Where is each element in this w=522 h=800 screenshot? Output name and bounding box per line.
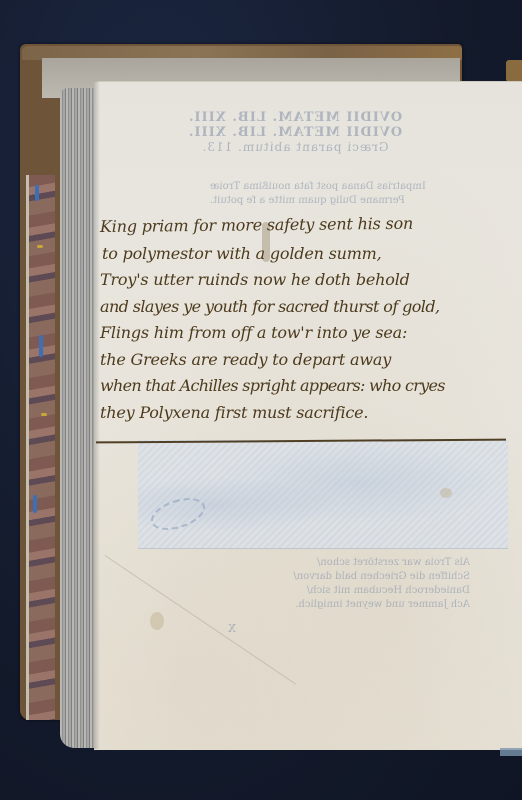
manuscript-line: Flings him from off a tow'r into ye sea: [100,320,515,347]
bleed-line: Schiffen die Griechen bald darvon/ [240,570,470,584]
marbled-endpaper-edge [26,175,55,720]
manuscript-line: they Polyxena first must sacrifice. [100,400,515,427]
foxing-stain [440,488,452,498]
bleed-line: Ach Jammer und weynet inniglich. [240,598,470,612]
ribbon-tail [500,748,522,756]
foxing-stain [150,612,164,630]
manuscript-line: the Greeks are ready to depart away [100,347,515,374]
bleed-line: Impatrias Danaa post fata nouißima Troiæ [210,180,470,194]
bleed-line: Permane Dulig quam mitte a fe potuit. [210,194,470,208]
manuscript-line: King priam for more safety sent his son [100,210,515,241]
manuscript-annotation: King priam for more safety sent his son … [100,214,515,426]
bleed-through-header: OVIDII METAM. LIB. XIII. OVIDII METAM. L… [130,110,460,155]
ribbon-marker [506,60,522,82]
marble-speck [41,413,47,416]
bleed-line: Daniederoch Hecubam mit sich/ [240,584,470,598]
manuscript-line: when that Achilles spright appears: who … [100,373,515,400]
marble-vein [33,495,37,513]
marble-vein [35,185,39,201]
marble-vein [39,335,43,357]
manuscript-line: and slayes ye youth for sacred thurst of… [100,294,515,321]
bleed-through-verse: Als Troia war zerstöret schon/ Schiffen … [240,556,470,612]
bleed-line: Als Troia war zerstöret schon/ [240,556,470,570]
bleed-through-top-text: Impatrias Danaa post fata nouißima Troiæ… [210,180,470,208]
bleed-header-line: OVIDII METAM. LIB. XIII. [130,125,460,140]
manuscript-line: to polymestor with a golden summ, [100,241,515,268]
bleed-header-line: OVIDII METAM. LIB. XIII. [130,110,460,125]
bleed-header-line: Græci parant abitum. 113. [130,140,460,155]
bleed-through-engraving [138,440,508,549]
manuscript-line: Troy's utter ruinds now he doth behold [100,267,515,294]
page-fore-edge [60,88,96,748]
bleed-signature-mark: X [228,622,236,635]
marble-speck [37,245,43,248]
